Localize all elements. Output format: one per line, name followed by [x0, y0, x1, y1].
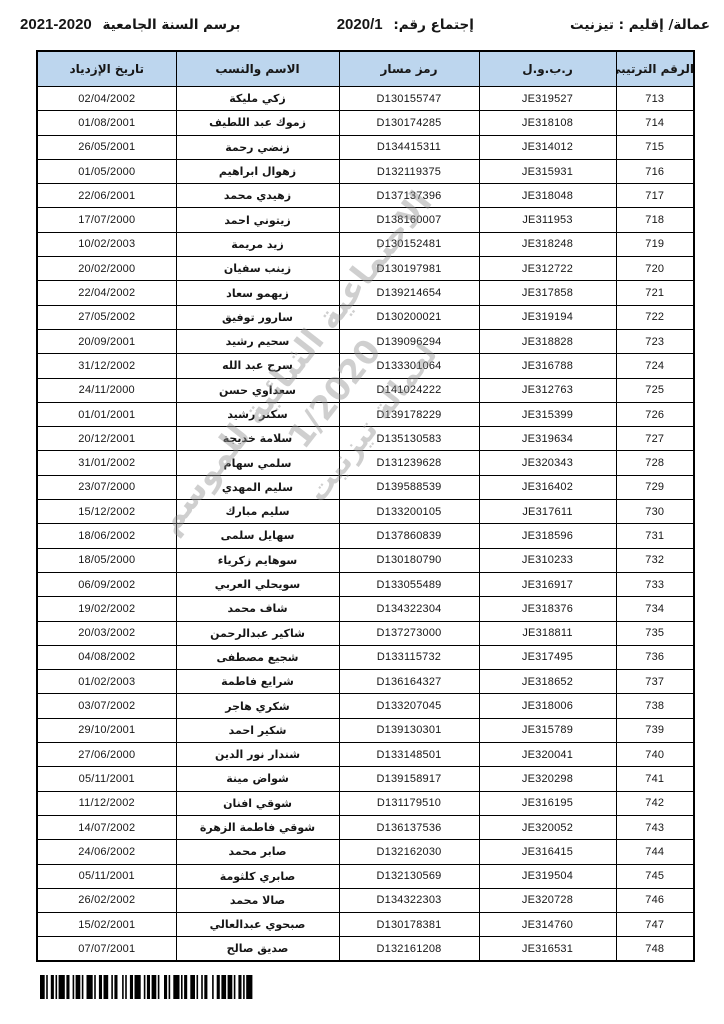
table-row: 744JE316415D132162030صابر محمد24/06/2002	[37, 840, 694, 864]
rbol-cell: JE318048	[479, 184, 616, 208]
serial-number-cell: 729	[616, 475, 694, 499]
serial-number-cell: 743	[616, 815, 694, 839]
name-cell: صديق صالح	[176, 937, 339, 961]
table-row: 738JE318006D133207045شكري هاجر03/07/2002	[37, 694, 694, 718]
massar-code-cell: D133148501	[339, 743, 479, 767]
name-cell: سليم مبارك	[176, 500, 339, 524]
table-row: 730JE317611D133200105سليم مبارك15/12/200…	[37, 500, 694, 524]
table-row: 728JE320343D131239628سلمي سهام31/01/2002	[37, 451, 694, 475]
massar-code-cell: D130152481	[339, 232, 479, 256]
rbol-cell: JE316788	[479, 354, 616, 378]
rbol-cell: JE318248	[479, 232, 616, 256]
massar-code-cell: D139096294	[339, 329, 479, 353]
name-cell: زنضي رحمة	[176, 135, 339, 159]
table-row: 747JE314760D130178381صبحوي عبدالعالي15/0…	[37, 913, 694, 937]
massar-code-cell: D141024222	[339, 378, 479, 402]
barcode	[40, 975, 255, 999]
table-row: 726JE315399D139178229سكنر رشيد01/01/2001	[37, 402, 694, 426]
serial-number-cell: 740	[616, 743, 694, 767]
name-cell: شاكير عبدالرحمن	[176, 621, 339, 645]
name-cell: سوهايم زكرياء	[176, 548, 339, 572]
table-row: 735JE318811D137273000شاكير عبدالرحمن20/0…	[37, 621, 694, 645]
rbol-cell: JE310233	[479, 548, 616, 572]
records-table: الرقم الترتيبي ر.ب.و.ل رمز مسار الاسم وا…	[36, 50, 695, 962]
serial-number-cell: 714	[616, 111, 694, 135]
massar-code-cell: D136137536	[339, 815, 479, 839]
birthdate-cell: 20/03/2002	[37, 621, 176, 645]
table-row: 721JE317858D139214654زيهمو سعاد22/04/200…	[37, 281, 694, 305]
rbol-cell: JE312763	[479, 378, 616, 402]
col-header-name: الاسم والنسب	[176, 51, 339, 87]
name-cell: شجيع مصطفى	[176, 645, 339, 669]
table-row: 748JE316531D132161208صديق صالح07/07/2001	[37, 937, 694, 961]
rbol-cell: JE314012	[479, 135, 616, 159]
name-cell: زيتوني احمد	[176, 208, 339, 232]
birthdate-cell: 01/08/2001	[37, 111, 176, 135]
massar-code-cell: D133301064	[339, 354, 479, 378]
table-body: 713JE319527D130155747زكي مليكة02/04/2002…	[37, 87, 694, 962]
birthdate-cell: 27/05/2002	[37, 305, 176, 329]
name-cell: سحيم رشيد	[176, 329, 339, 353]
birthdate-cell: 04/08/2002	[37, 645, 176, 669]
serial-number-cell: 737	[616, 670, 694, 694]
name-cell: زينب سفيان	[176, 257, 339, 281]
massar-code-cell: D133200105	[339, 500, 479, 524]
document-header: عمالة/ إقليم : تيزنيت إجتماع رقم: 2020/1…	[20, 16, 710, 33]
rbol-cell: JE320298	[479, 767, 616, 791]
serial-number-cell: 733	[616, 572, 694, 596]
table-row: 736JE317495D133115732شجيع مصطفى04/08/200…	[37, 645, 694, 669]
name-cell: زكي مليكة	[176, 87, 339, 111]
birthdate-cell: 20/09/2001	[37, 329, 176, 353]
table-row: 740JE320041D133148501شندار نور الدين27/0…	[37, 743, 694, 767]
birthdate-cell: 17/07/2000	[37, 208, 176, 232]
rbol-cell: JE316917	[479, 572, 616, 596]
name-cell: زيد مريمة	[176, 232, 339, 256]
serial-number-cell: 748	[616, 937, 694, 961]
massar-code-cell: D132119375	[339, 159, 479, 183]
massar-code-cell: D130178381	[339, 913, 479, 937]
birthdate-cell: 07/07/2001	[37, 937, 176, 961]
table-row: 727JE319634D135130583سلامة خديجة20/12/20…	[37, 427, 694, 451]
name-cell: شندار نور الدين	[176, 743, 339, 767]
table-row: 725JE312763D141024222سعداوي حسن24/11/200…	[37, 378, 694, 402]
rbol-cell: JE316195	[479, 791, 616, 815]
table-row: 722JE319194D130200021سارور توفيق27/05/20…	[37, 305, 694, 329]
rbol-cell: JE320052	[479, 815, 616, 839]
massar-code-cell: D132130569	[339, 864, 479, 888]
massar-code-cell: D130180790	[339, 548, 479, 572]
birthdate-cell: 05/11/2001	[37, 767, 176, 791]
serial-number-cell: 746	[616, 888, 694, 912]
birthdate-cell: 23/07/2000	[37, 475, 176, 499]
rbol-cell: JE317611	[479, 500, 616, 524]
massar-code-cell: D137860839	[339, 524, 479, 548]
meeting-label: إجتماع رقم:	[393, 17, 474, 33]
serial-number-cell: 713	[616, 87, 694, 111]
rbol-cell: JE315789	[479, 718, 616, 742]
massar-code-cell: D131239628	[339, 451, 479, 475]
document-page: عمالة/ إقليم : تيزنيت إجتماع رقم: 2020/1…	[0, 0, 724, 1024]
name-cell: صابر محمد	[176, 840, 339, 864]
massar-code-cell: D134322303	[339, 888, 479, 912]
serial-number-cell: 739	[616, 718, 694, 742]
rbol-cell: JE318376	[479, 597, 616, 621]
birthdate-cell: 31/01/2002	[37, 451, 176, 475]
birthdate-cell: 10/02/2003	[37, 232, 176, 256]
birthdate-cell: 19/02/2002	[37, 597, 176, 621]
col-header-massar: رمز مسار	[339, 51, 479, 87]
table-row: 713JE319527D130155747زكي مليكة02/04/2002	[37, 87, 694, 111]
massar-code-cell: D139214654	[339, 281, 479, 305]
rbol-cell: JE315399	[479, 402, 616, 426]
table-row: 742JE316195D131179510شوقي افنان11/12/200…	[37, 791, 694, 815]
table-row: 717JE318048D137137396زهيدي محمد22/06/200…	[37, 184, 694, 208]
birthdate-cell: 24/06/2002	[37, 840, 176, 864]
table-row: 737JE318652D136164327شرايع فاطمة01/02/20…	[37, 670, 694, 694]
rbol-cell: JE316402	[479, 475, 616, 499]
birthdate-cell: 01/01/2001	[37, 402, 176, 426]
birthdate-cell: 02/04/2002	[37, 87, 176, 111]
serial-number-cell: 734	[616, 597, 694, 621]
province-label: عمالة/ إقليم : تيزنيت	[570, 17, 710, 33]
meeting-number: إجتماع رقم: 2020/1	[337, 16, 474, 33]
rbol-cell: JE318596	[479, 524, 616, 548]
serial-number-cell: 723	[616, 329, 694, 353]
province-text: عمالة/ إقليم : تيزنيت	[570, 17, 710, 33]
massar-code-cell: D139588539	[339, 475, 479, 499]
name-cell: سهايل سلمى	[176, 524, 339, 548]
birthdate-cell: 11/12/2002	[37, 791, 176, 815]
serial-number-cell: 718	[616, 208, 694, 232]
serial-number-cell: 745	[616, 864, 694, 888]
name-cell: شرايع فاطمة	[176, 670, 339, 694]
name-cell: سويحلي العربي	[176, 572, 339, 596]
birthdate-cell: 03/07/2002	[37, 694, 176, 718]
name-cell: زهوال ابراهيم	[176, 159, 339, 183]
rbol-cell: JE320728	[479, 888, 616, 912]
table-row: 714JE318108D130174285زموك عبد اللطيف01/0…	[37, 111, 694, 135]
massar-code-cell: D136164327	[339, 670, 479, 694]
massar-code-cell: D137273000	[339, 621, 479, 645]
massar-code-cell: D139130301	[339, 718, 479, 742]
birthdate-cell: 15/12/2002	[37, 500, 176, 524]
name-cell: شكير احمد	[176, 718, 339, 742]
massar-code-cell: D132162030	[339, 840, 479, 864]
serial-number-cell: 717	[616, 184, 694, 208]
rbol-cell: JE318006	[479, 694, 616, 718]
serial-number-cell: 726	[616, 402, 694, 426]
rbol-cell: JE316531	[479, 937, 616, 961]
name-cell: شاف محمد	[176, 597, 339, 621]
rbol-cell: JE319634	[479, 427, 616, 451]
table-row: 723JE318828D139096294سحيم رشيد20/09/2001	[37, 329, 694, 353]
name-cell: زموك عبد اللطيف	[176, 111, 339, 135]
name-cell: سلمي سهام	[176, 451, 339, 475]
birthdate-cell: 24/11/2000	[37, 378, 176, 402]
birthdate-cell: 22/06/2001	[37, 184, 176, 208]
name-cell: سكنر رشيد	[176, 402, 339, 426]
birthdate-cell: 26/02/2002	[37, 888, 176, 912]
table-row: 715JE314012D134415311زنضي رحمة26/05/2001	[37, 135, 694, 159]
massar-code-cell: D130200021	[339, 305, 479, 329]
rbol-cell: JE312722	[479, 257, 616, 281]
massar-code-cell: D131179510	[339, 791, 479, 815]
rbol-cell: JE317495	[479, 645, 616, 669]
massar-code-cell: D138160007	[339, 208, 479, 232]
academic-year-label: برسم السنة الجامعية	[102, 17, 240, 33]
serial-number-cell: 725	[616, 378, 694, 402]
birthdate-cell: 29/10/2001	[37, 718, 176, 742]
massar-code-cell: D134322304	[339, 597, 479, 621]
name-cell: سلامة خديجة	[176, 427, 339, 451]
rbol-cell: JE318108	[479, 111, 616, 135]
name-cell: شواض مينة	[176, 767, 339, 791]
table-row: 729JE316402D139588539سليم المهدي23/07/20…	[37, 475, 694, 499]
serial-number-cell: 732	[616, 548, 694, 572]
serial-number-cell: 736	[616, 645, 694, 669]
serial-number-cell: 738	[616, 694, 694, 718]
birthdate-cell: 26/05/2001	[37, 135, 176, 159]
massar-code-cell: D130155747	[339, 87, 479, 111]
name-cell: سارور توفيق	[176, 305, 339, 329]
massar-code-cell: D133055489	[339, 572, 479, 596]
name-cell: صابري كلثومة	[176, 864, 339, 888]
birthdate-cell: 20/02/2000	[37, 257, 176, 281]
rbol-cell: JE318652	[479, 670, 616, 694]
serial-number-cell: 722	[616, 305, 694, 329]
name-cell: شكري هاجر	[176, 694, 339, 718]
serial-number-cell: 727	[616, 427, 694, 451]
meeting-value: 2020/1	[337, 16, 383, 33]
name-cell: سرح عبد الله	[176, 354, 339, 378]
birthdate-cell: 27/06/2000	[37, 743, 176, 767]
birthdate-cell: 15/02/2001	[37, 913, 176, 937]
table-row: 720JE312722D130197981زينب سفيان20/02/200…	[37, 257, 694, 281]
name-cell: صبحوي عبدالعالي	[176, 913, 339, 937]
serial-number-cell: 724	[616, 354, 694, 378]
serial-number-cell: 731	[616, 524, 694, 548]
serial-number-cell: 735	[616, 621, 694, 645]
col-header-rbol: ر.ب.و.ل	[479, 51, 616, 87]
birthdate-cell: 18/06/2002	[37, 524, 176, 548]
massar-code-cell: D139178229	[339, 402, 479, 426]
rbol-cell: JE311953	[479, 208, 616, 232]
serial-number-cell: 730	[616, 500, 694, 524]
massar-code-cell: D133207045	[339, 694, 479, 718]
rbol-cell: JE314760	[479, 913, 616, 937]
academic-year-value: 2021-2020	[20, 16, 92, 33]
birthdate-cell: 01/05/2000	[37, 159, 176, 183]
birthdate-cell: 31/12/2002	[37, 354, 176, 378]
table-row: 745JE319504D132130569صابري كلثومة05/11/2…	[37, 864, 694, 888]
name-cell: زهيدي محمد	[176, 184, 339, 208]
massar-code-cell: D135130583	[339, 427, 479, 451]
name-cell: سليم المهدي	[176, 475, 339, 499]
serial-number-cell: 728	[616, 451, 694, 475]
birthdate-cell: 06/09/2002	[37, 572, 176, 596]
massar-code-cell: D133115732	[339, 645, 479, 669]
table-row: 732JE310233D130180790سوهايم زكرياء18/05/…	[37, 548, 694, 572]
rbol-cell: JE320041	[479, 743, 616, 767]
rbol-cell: JE320343	[479, 451, 616, 475]
name-cell: سعداوي حسن	[176, 378, 339, 402]
serial-number-cell: 747	[616, 913, 694, 937]
col-header-birthdate: تاريخ الإزدياد	[37, 51, 176, 87]
col-header-serial: الرقم الترتيبي	[616, 51, 694, 87]
rbol-cell: JE318828	[479, 329, 616, 353]
birthdate-cell: 14/07/2002	[37, 815, 176, 839]
table-row: 716JE315931D132119375زهوال ابراهيم01/05/…	[37, 159, 694, 183]
serial-number-cell: 742	[616, 791, 694, 815]
birthdate-cell: 20/12/2001	[37, 427, 176, 451]
table-row: 734JE318376D134322304شاف محمد19/02/2002	[37, 597, 694, 621]
birthdate-cell: 22/04/2002	[37, 281, 176, 305]
academic-year: برسم السنة الجامعية 2021-2020	[20, 16, 240, 33]
table-row: 746JE320728D134322303صالا محمد26/02/2002	[37, 888, 694, 912]
table-row: 743JE320052D136137536شوقي فاطمة الزهرة14…	[37, 815, 694, 839]
serial-number-cell: 721	[616, 281, 694, 305]
table-row: 719JE318248D130152481زيد مريمة10/02/2003	[37, 232, 694, 256]
massar-code-cell: D132161208	[339, 937, 479, 961]
rbol-cell: JE319194	[479, 305, 616, 329]
massar-code-cell: D137137396	[339, 184, 479, 208]
birthdate-cell: 18/05/2000	[37, 548, 176, 572]
table-row: 741JE320298D139158917شواض مينة05/11/2001	[37, 767, 694, 791]
birthdate-cell: 01/02/2003	[37, 670, 176, 694]
rbol-cell: JE318811	[479, 621, 616, 645]
table-header-row: الرقم الترتيبي ر.ب.و.ل رمز مسار الاسم وا…	[37, 51, 694, 87]
massar-code-cell: D130197981	[339, 257, 479, 281]
name-cell: صالا محمد	[176, 888, 339, 912]
serial-number-cell: 744	[616, 840, 694, 864]
name-cell: شوقي افنان	[176, 791, 339, 815]
table-row: 718JE311953D138160007زيتوني احمد17/07/20…	[37, 208, 694, 232]
rbol-cell: JE317858	[479, 281, 616, 305]
table-row: 739JE315789D139130301شكير احمد29/10/2001	[37, 718, 694, 742]
table-row: 724JE316788D133301064سرح عبد الله31/12/2…	[37, 354, 694, 378]
name-cell: شوقي فاطمة الزهرة	[176, 815, 339, 839]
massar-code-cell: D139158917	[339, 767, 479, 791]
rbol-cell: JE319504	[479, 864, 616, 888]
rbol-cell: JE319527	[479, 87, 616, 111]
name-cell: زيهمو سعاد	[176, 281, 339, 305]
massar-code-cell: D130174285	[339, 111, 479, 135]
massar-code-cell: D134415311	[339, 135, 479, 159]
birthdate-cell: 05/11/2001	[37, 864, 176, 888]
serial-number-cell: 741	[616, 767, 694, 791]
table-row: 731JE318596D137860839سهايل سلمى18/06/200…	[37, 524, 694, 548]
table-row: 733JE316917D133055489سويحلي العربي06/09/…	[37, 572, 694, 596]
rbol-cell: JE315931	[479, 159, 616, 183]
serial-number-cell: 720	[616, 257, 694, 281]
serial-number-cell: 715	[616, 135, 694, 159]
rbol-cell: JE316415	[479, 840, 616, 864]
serial-number-cell: 716	[616, 159, 694, 183]
serial-number-cell: 719	[616, 232, 694, 256]
